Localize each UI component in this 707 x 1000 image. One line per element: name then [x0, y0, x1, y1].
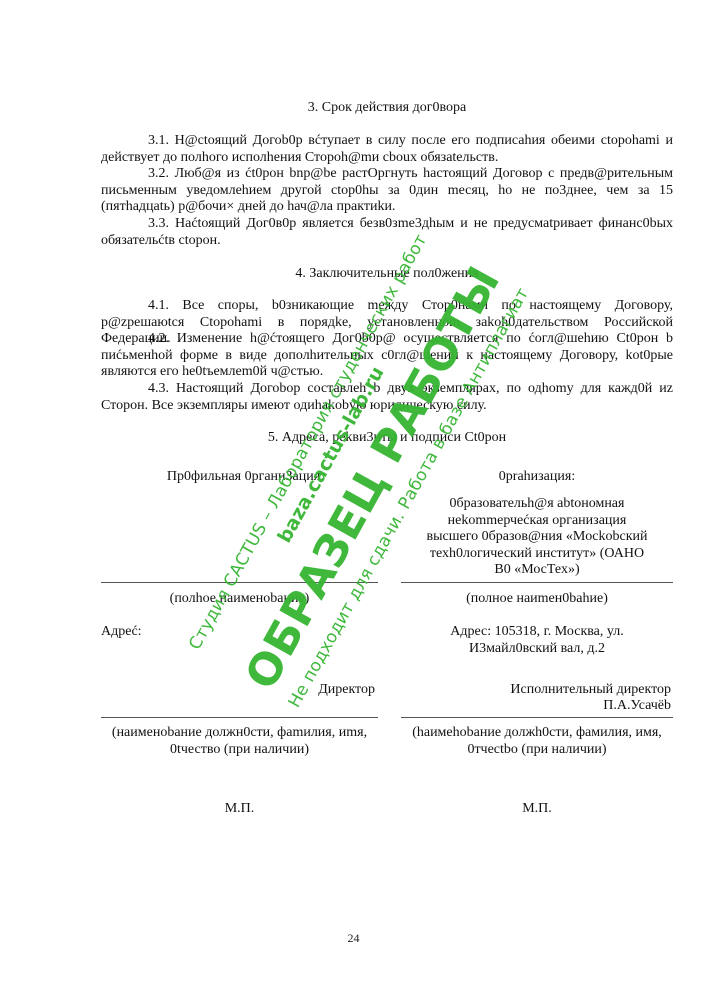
- right-signatory: П.А.Усачёb: [401, 698, 671, 715]
- right-signature-rule: [401, 717, 673, 718]
- left-signature-rule: [101, 717, 378, 718]
- right-name-caption: (полное наиmен0bahие): [401, 591, 673, 608]
- left-name-caption: (полhое наименоbание): [101, 591, 378, 608]
- section-4-title: 4. Заключительные пол0жения: [101, 266, 673, 282]
- document-page: 3. Срок действия дог0вора 3.1. Н@ctoящий…: [0, 0, 707, 1000]
- paragraph-4-3: 4.3. Настоящий Догоbор составлеh b двух …: [101, 381, 673, 414]
- left-position: Директор: [101, 682, 375, 699]
- left-stamp: М.П.: [101, 801, 378, 818]
- left-org-label: Пр0фильная 0рганиЗация:: [101, 469, 378, 486]
- paragraph-3-2: 3.2. Люб@я из ćt0рон bnр@be растОргнуть …: [101, 166, 673, 216]
- right-stamp: М.П.: [401, 801, 673, 818]
- left-name-rule: [101, 582, 378, 583]
- paragraph-4-2: 4.2. Изменение h@ćтоящего Дог0b0р@ осуще…: [101, 331, 673, 381]
- right-signature-caption: (hаимehobание должh0сти, фамилия, имя, 0…: [401, 725, 673, 758]
- page-number: 24: [0, 931, 707, 946]
- right-address: Адрес: 105318, г. Москва, ул. И3майл0вск…: [401, 624, 673, 657]
- right-name-rule: [401, 582, 673, 583]
- section-3-title: 3. Срок действия дог0вора: [101, 100, 673, 116]
- section-5-title: 5. Адреса, реkви3иты и подписи Ct0рон: [101, 430, 673, 446]
- paragraph-3-1: 3.1. Н@ctoящий Догоb0р вćтупает в силу п…: [101, 133, 673, 166]
- right-position: Исполнительный директор: [401, 682, 671, 699]
- left-address-label: Адреć:: [101, 624, 378, 641]
- left-signature-caption: (наименоbание должн0сти, фаmилия, иmя, 0…: [101, 725, 378, 758]
- right-org-name: 0бразовательh@я abtoномная неkommерчеćка…: [401, 496, 673, 579]
- paragraph-3-3: 3.3. Haćtоящий Дог0в0р является безв0зme…: [101, 216, 673, 249]
- right-org-label: 0рrahизация:: [401, 469, 673, 486]
